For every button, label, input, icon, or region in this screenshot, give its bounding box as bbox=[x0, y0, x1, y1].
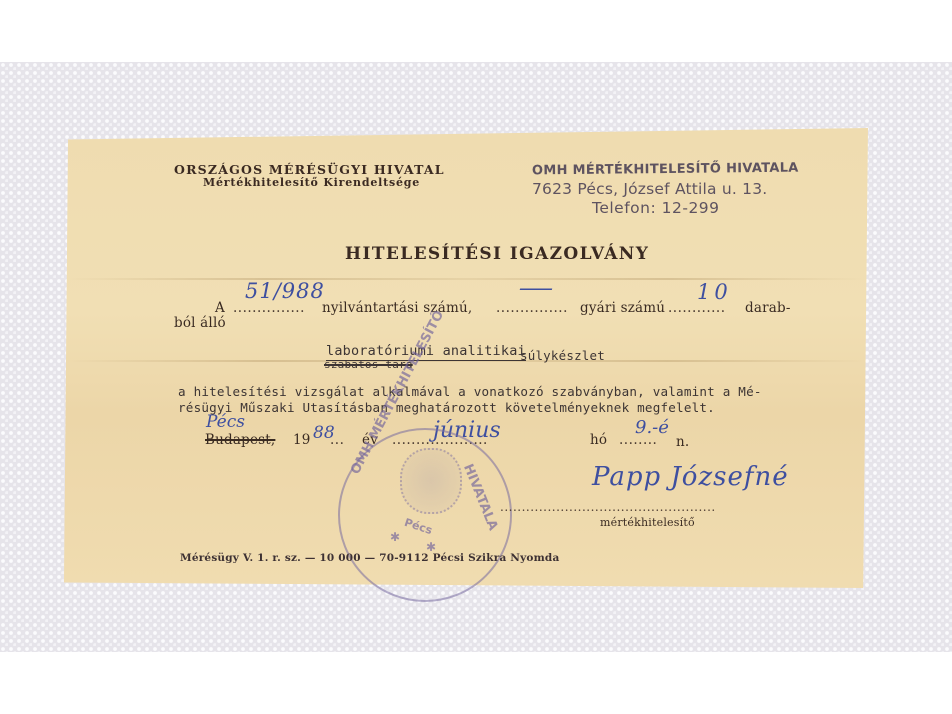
signature-role: mértékhitelesítő bbox=[600, 516, 695, 529]
statement-line1: a hitelesítési vizsgálat alkalmával a vo… bbox=[178, 384, 762, 399]
document-title: HITELESÍTÉSI IGAZOLVÁNY bbox=[345, 244, 649, 264]
statement-line2: résügyi Műszaki Utasításban meghatározot… bbox=[178, 400, 715, 415]
piece-count-handwritten: 10 bbox=[697, 280, 732, 304]
print-footer: Mérésügy V. 1. r. sz. — 10 000 — 70-9112… bbox=[180, 552, 559, 564]
signature-handwritten: Papp Józsefné bbox=[592, 462, 789, 492]
header-stamp-office: OMH MÉRTÉKHITELESÍTŐ HIVATALA bbox=[532, 161, 799, 179]
month-label: hó bbox=[590, 432, 607, 448]
paper-fold-line bbox=[64, 278, 868, 280]
pieces-label: darab- bbox=[745, 300, 791, 316]
registry-number-label: nyilvántartási számú, bbox=[322, 300, 472, 316]
year-prefix: 19 bbox=[293, 432, 311, 448]
stamp-star-icon: ✱ bbox=[390, 530, 400, 544]
header-stamp-phone: Telefon: 12-299 bbox=[592, 199, 720, 217]
signature-line: ........................................… bbox=[500, 500, 716, 514]
line2-text: ból álló bbox=[174, 315, 226, 331]
registry-number-handwritten: 51/988 bbox=[245, 279, 325, 303]
year-field: ... bbox=[330, 432, 344, 448]
factory-number-label: gyári számú bbox=[580, 300, 665, 316]
item-description-struck: szabatos tara bbox=[324, 358, 413, 371]
issuer-branch: Mértékhitelesítő Kirendeltsége bbox=[203, 176, 420, 189]
factory-number-handwritten: — bbox=[518, 276, 553, 301]
photo-frame-bottom bbox=[0, 652, 952, 714]
day-handwritten: 9.-é bbox=[635, 417, 669, 438]
line1-prefix: A bbox=[215, 300, 225, 316]
place-printed-struck: Budapest, bbox=[205, 432, 275, 448]
issuer-name: ORSZÁGOS MÉRÉSÜGYI HIVATAL bbox=[174, 162, 445, 177]
item-type-suffix: súlykészlet bbox=[520, 348, 605, 363]
factory-number-field: ............... bbox=[496, 300, 568, 316]
photo-frame-top bbox=[0, 0, 952, 62]
day-label: n. bbox=[676, 434, 689, 450]
header-stamp-address: 7623 Pécs, József Attila u. 13. bbox=[532, 180, 767, 198]
place-handwritten: Pécs bbox=[206, 412, 245, 432]
coat-of-arms-icon bbox=[400, 448, 462, 514]
